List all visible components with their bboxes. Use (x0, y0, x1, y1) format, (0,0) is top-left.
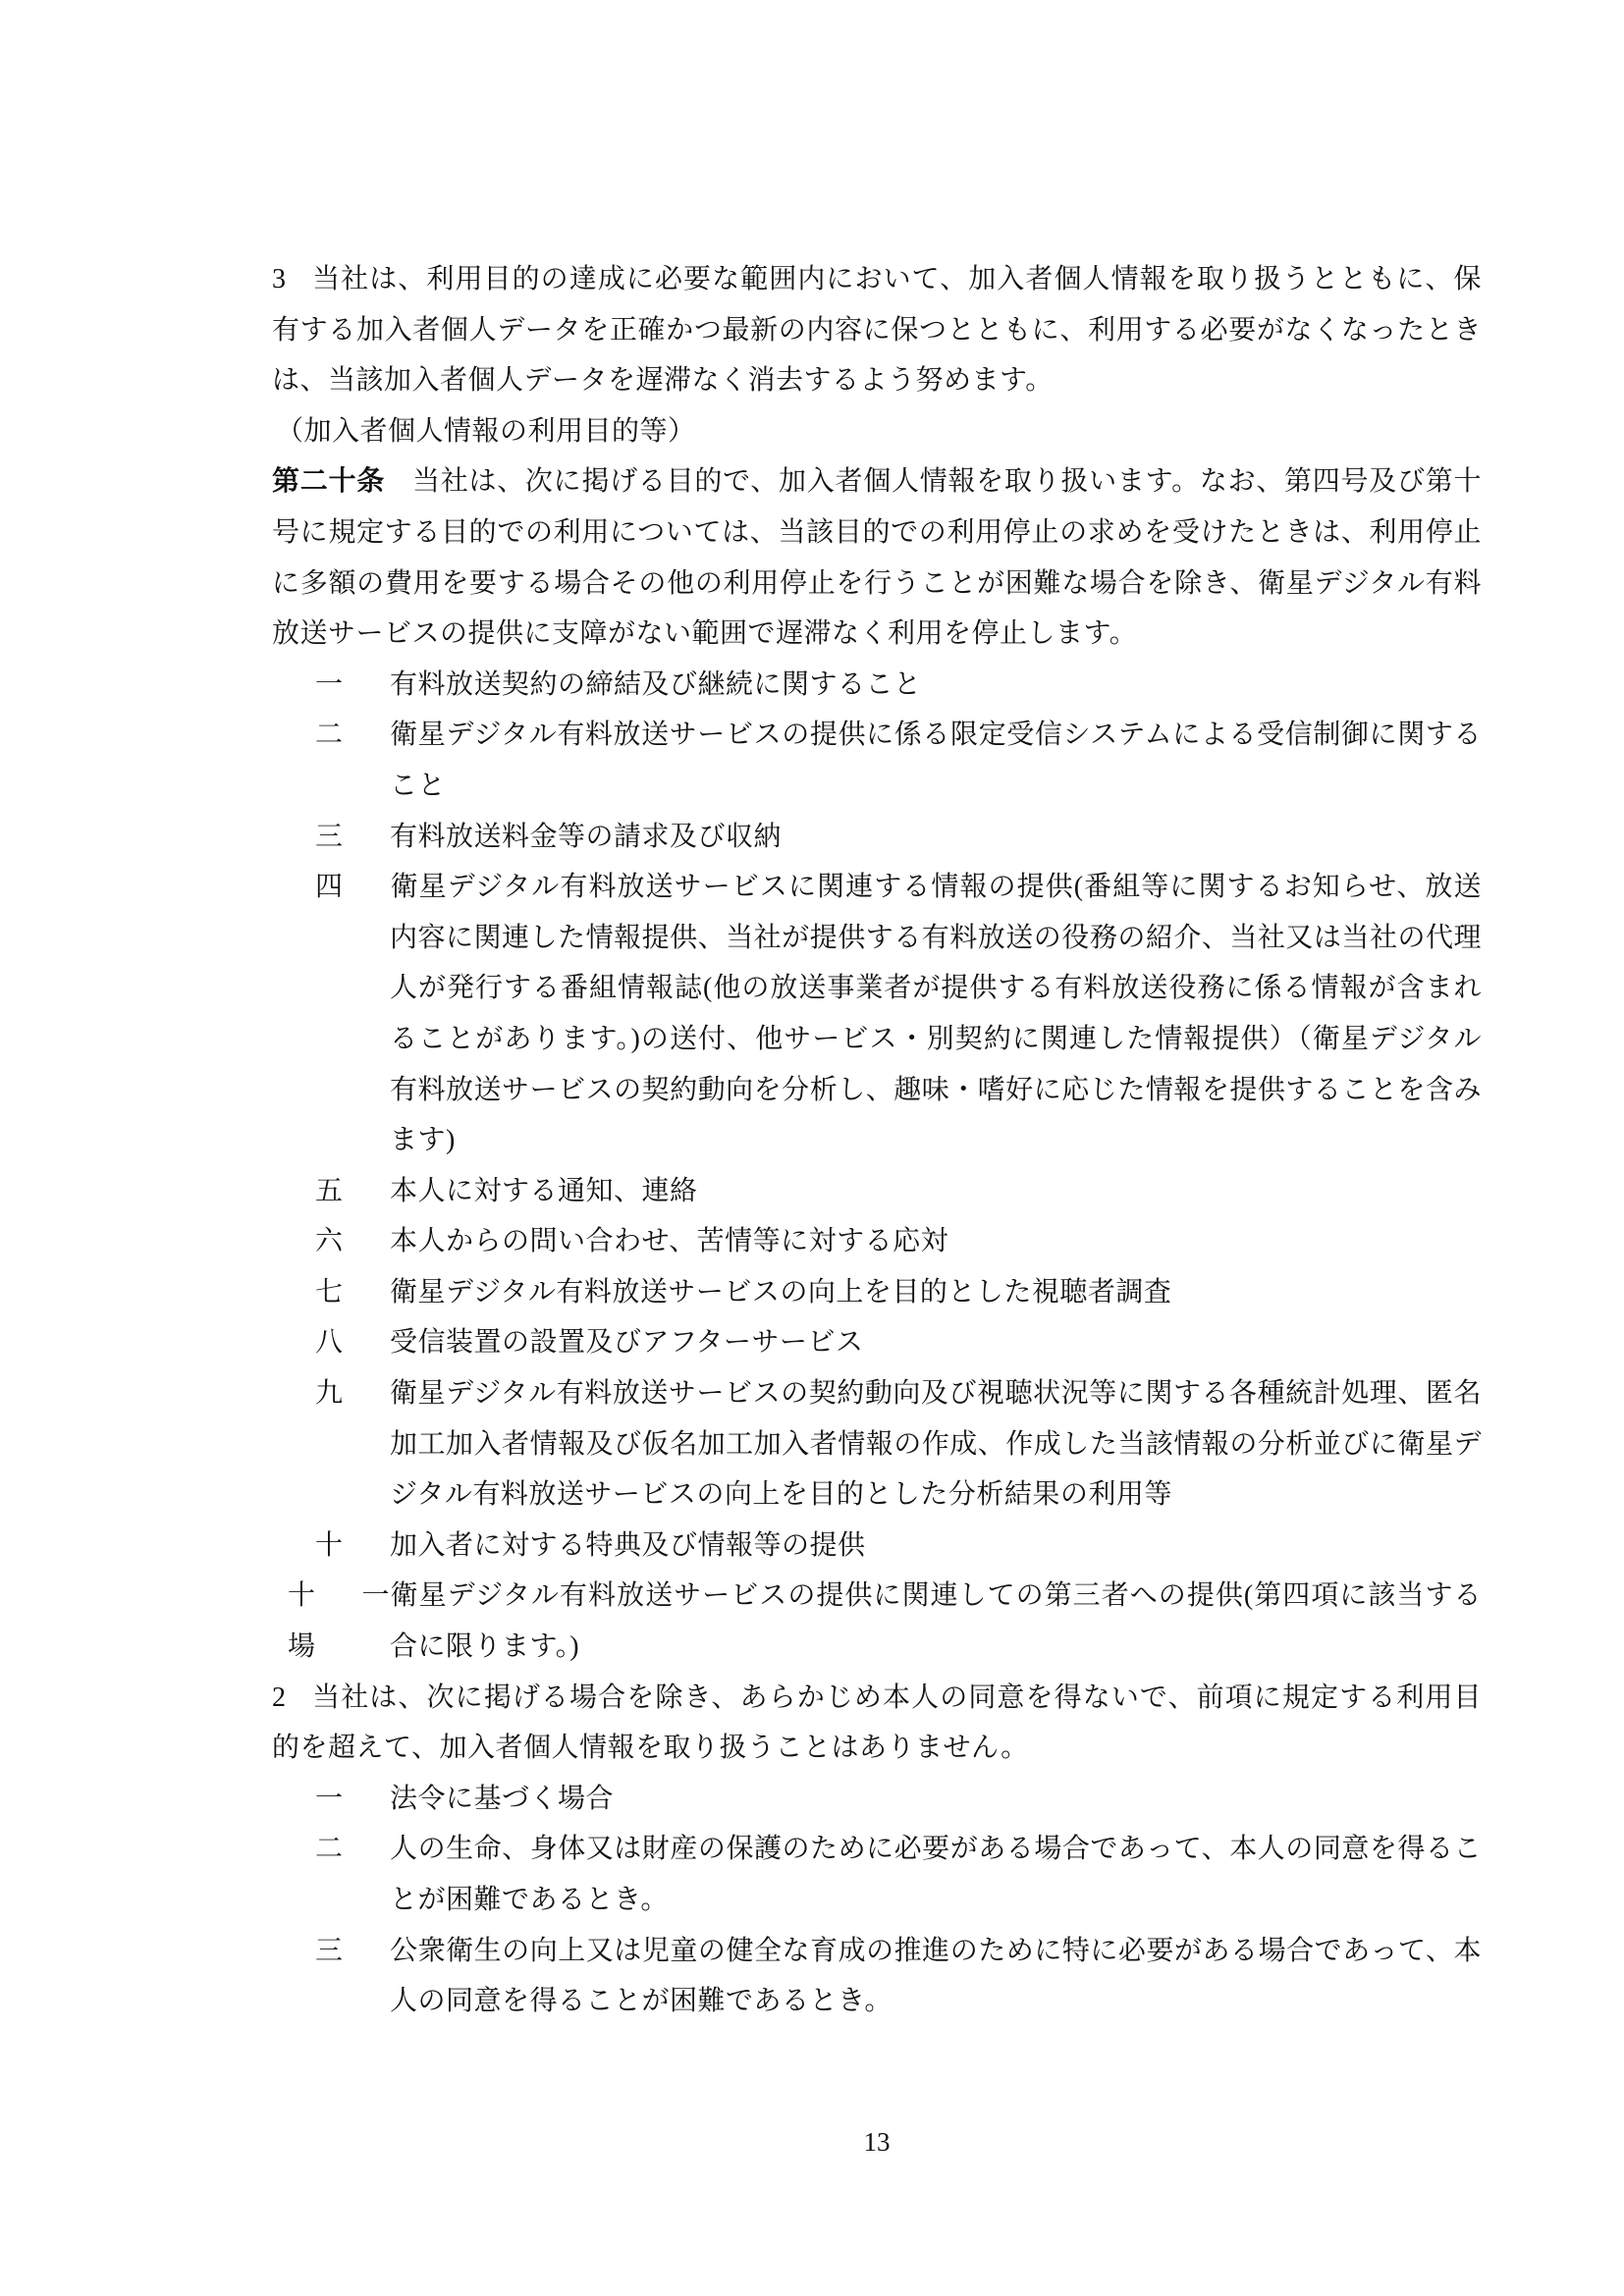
text-line: 3当社は、利用目的の達成に必要な範囲内において、加入者個人情報を取り扱うとともに… (272, 254, 1482, 305)
line-label: 四 (315, 862, 390, 913)
line-label: 一 (315, 660, 390, 711)
text-line: 号に規定する目的での利用については、当該目的での利用停止の求めを受けたときは、利… (272, 507, 1482, 559)
line-text: 公衆衛生の向上又は児童の健全な育成の推進のために特に必要がある場合であって、本 (390, 1936, 1482, 1966)
line-label: 十一 (288, 1571, 390, 1622)
line-text: 衛星デジタル有料放送サービスに関連する情報の提供(番組等に関するお知らせ、放送 (390, 872, 1482, 902)
line-text: 人が発行する番組情報誌(他の放送事業者が提供する有料放送役務に係る情報が含まれ (390, 973, 1482, 1003)
text-line: 2当社は、次に掲げる場合を除き、あらかじめ本人の同意を得ないで、前項に規定する利… (272, 1673, 1482, 1724)
line-text: ジタル有料放送サービスの向上を目的とした分析結果の利用等 (390, 1479, 1172, 1510)
line-text: とが困難であるとき。 (390, 1885, 669, 1915)
line-text: に多額の費用を要する場合その他の利用停止を行うことが困難な場合を除き、衛星デジタ… (272, 568, 1482, 599)
line-label: 3 (272, 264, 287, 294)
text-line: 二人の生命、身体又は財産の保護のために必要がある場合であって、本人の同意を得るこ (272, 1824, 1482, 1875)
line-text: 衛星デジタル有料放送サービスの提供に係る限定受信システムによる受信制御に関する (390, 720, 1482, 750)
line-text: 合に限ります。) (390, 1631, 579, 1662)
document-body: 3当社は、利用目的の達成に必要な範囲内において、加入者個人情報を取り扱うとともに… (272, 254, 1482, 2027)
line-text: 受信装置の設置及びアフターサービス (390, 1327, 864, 1358)
text-line: 八受信装置の設置及びアフターサービス (272, 1317, 1482, 1368)
line-label: 八 (315, 1317, 390, 1368)
line-text: 当社は、次に掲げる目的で、加入者個人情報を取り扱います。なお、第四号及び第十 (412, 466, 1482, 497)
text-line: 人の同意を得ることが困難であるとき。 (272, 1976, 1482, 2027)
text-line: 内容に関連した情報提供、当社が提供する有料放送の役務の紹介、当社又は当社の代理 (272, 913, 1482, 964)
line-label: 三 (315, 1926, 390, 1977)
line-text: 本人に対する通知、連絡 (390, 1176, 698, 1206)
text-line: 五本人に対する通知、連絡 (272, 1166, 1482, 1217)
line-label: 六 (315, 1216, 390, 1267)
text-line: 第二十条当社は、次に掲げる目的で、加入者個人情報を取り扱います。なお、第四号及び… (272, 456, 1482, 507)
text-line: こと (272, 761, 1482, 812)
line-label: 五 (315, 1166, 390, 1217)
text-line: 一有料放送契約の締結及び継続に関すること (272, 660, 1482, 711)
text-line: とが困難であるとき。 (272, 1875, 1482, 1926)
line-text: 有料放送契約の締結及び継続に関すること (390, 669, 922, 700)
line-text: 当社は、利用目的の達成に必要な範囲内において、加入者個人情報を取り扱うとともに、… (312, 264, 1483, 294)
text-line: に多額の費用を要する場合その他の利用停止を行うことが困難な場合を除き、衛星デジタ… (272, 559, 1482, 610)
line-text: こと (390, 771, 446, 801)
text-line: 有する加入者個人データを正確かつ最新の内容に保つとともに、利用する必要がなくなっ… (272, 305, 1482, 356)
text-line: 三有料放送料金等の請求及び収納 (272, 812, 1482, 863)
line-text: 本人からの問い合わせ、苦情等に対する応対 (390, 1226, 948, 1256)
line-label: 十 (315, 1521, 390, 1572)
text-line: 六本人からの問い合わせ、苦情等に対する応対 (272, 1216, 1482, 1267)
document-page: 3当社は、利用目的の達成に必要な範囲内において、加入者個人情報を取り扱うとともに… (0, 0, 1624, 2296)
text-line: 合に限ります。) (272, 1622, 1482, 1673)
line-text: （加入者個人情報の利用目的等） (276, 416, 696, 447)
line-text: 人の同意を得ることが困難であるとき。 (390, 1986, 893, 2016)
text-line: 九衛星デジタル有料放送サービスの契約動向及び視聴状況等に関する各種統計処理、匿名 (272, 1368, 1482, 1419)
line-label: 二 (315, 710, 390, 761)
line-text: 号に規定する目的での利用については、当該目的での利用停止の求めを受けたときは、利… (272, 517, 1482, 548)
text-line: ます) (272, 1115, 1482, 1166)
line-label: 三 (315, 812, 390, 863)
line-label: 二 (315, 1824, 390, 1875)
text-line: 十加入者に対する特典及び情報等の提供 (272, 1521, 1482, 1572)
line-label: 七 (315, 1267, 390, 1318)
line-text: 人の生命、身体又は財産の保護のために必要がある場合であって、本人の同意を得るこ (390, 1834, 1482, 1864)
line-text: 衛星デジタル有料放送サービスの契約動向及び視聴状況等に関する各種統計処理、匿名 (390, 1378, 1482, 1409)
text-line: 七衛星デジタル有料放送サービスの向上を目的とした視聴者調査 (272, 1267, 1482, 1318)
line-text: 有する加入者個人データを正確かつ最新の内容に保つとともに、利用する必要がなくなっ… (272, 315, 1482, 346)
page-number: 13 (272, 2116, 1482, 2167)
line-text: 加入者に対する特典及び情報等の提供 (390, 1530, 866, 1561)
line-label: 第二十条 (272, 466, 385, 497)
line-text: 放送サービスの提供に支障がない範囲で遅滞なく利用を停止します。 (272, 618, 1137, 649)
text-line: 的を超えて、加入者個人情報を取り扱うことはありません。 (272, 1723, 1482, 1774)
line-text: 的を超えて、加入者個人情報を取り扱うことはありません。 (272, 1733, 1029, 1763)
line-text: 当社は、次に掲げる場合を除き、あらかじめ本人の同意を得ないで、前項に規定する利用… (312, 1682, 1483, 1713)
text-line: ジタル有料放送サービスの向上を目的とした分析結果の利用等 (272, 1469, 1482, 1521)
line-label: 2 (272, 1682, 287, 1713)
line-label: 九 (315, 1368, 390, 1419)
text-line: は、当該加入者個人データを遅滞なく消去するよう努めます。 (272, 355, 1482, 406)
line-text: 加工加入者情報及び仮名加工加入者情報の作成、作成した当該情報の分析並びに衛星デ (390, 1429, 1482, 1460)
line-text: 衛星デジタル有料放送サービスの向上を目的とした視聴者調査 (390, 1277, 1171, 1308)
line-text: 内容に関連した情報提供、当社が提供する有料放送の役務の紹介、当社又は当社の代理 (390, 923, 1482, 953)
text-line: 二衛星デジタル有料放送サービスの提供に係る限定受信システムによる受信制御に関する (272, 710, 1482, 761)
line-text: 有料放送サービスの契約動向を分析し、趣味・嗜好に応じた情報を提供することを含み (390, 1075, 1482, 1105)
text-line: 三公衆衛生の向上又は児童の健全な育成の推進のために特に必要がある場合であって、本 (272, 1926, 1482, 1977)
text-line: 四衛星デジタル有料放送サービスに関連する情報の提供(番組等に関するお知らせ、放送 (272, 862, 1482, 913)
line-label: 一 (315, 1774, 390, 1825)
text-line: 有料放送サービスの契約動向を分析し、趣味・嗜好に応じた情報を提供することを含み (272, 1065, 1482, 1116)
line-text: 法令に基づく場合 (390, 1784, 614, 1814)
text-line: 一法令に基づく場合 (272, 1774, 1482, 1825)
text-line: （加入者個人情報の利用目的等） (272, 406, 1482, 457)
text-line: 十一衛星デジタル有料放送サービスの提供に関連しての第三者への提供(第四項に該当す… (272, 1571, 1482, 1622)
line-text: ます) (390, 1125, 456, 1155)
text-line: 放送サービスの提供に支障がない範囲で遅滞なく利用を停止します。 (272, 609, 1482, 660)
text-line: ることがあります。)の送付、他サービス・別契約に関連した情報提供）（衛星デジタル (272, 1014, 1482, 1065)
text-line: 人が発行する番組情報誌(他の放送事業者が提供する有料放送役務に係る情報が含まれ (272, 963, 1482, 1014)
text-line: 加工加入者情報及び仮名加工加入者情報の作成、作成した当該情報の分析並びに衛星デ (272, 1419, 1482, 1470)
line-text: ることがあります。)の送付、他サービス・別契約に関連した情報提供）（衛星デジタル (390, 1024, 1482, 1054)
line-text: 有料放送料金等の請求及び収納 (390, 822, 782, 852)
line-text: は、当該加入者個人データを遅滞なく消去するよう努めます。 (272, 365, 1054, 396)
